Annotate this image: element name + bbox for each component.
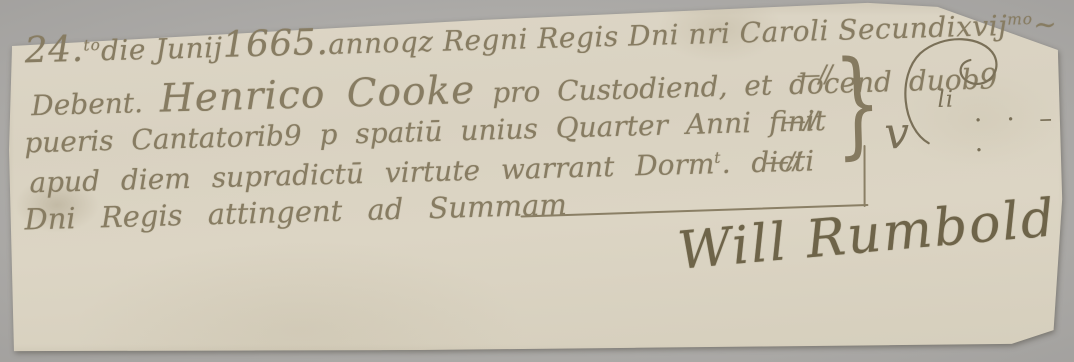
line-filler-mark: —//: [765, 147, 800, 176]
amount-group: v li · · – ·: [880, 32, 1064, 177]
sum-rule-vertical: [864, 145, 866, 207]
debent-word: Debent.: [31, 86, 144, 122]
amount-pence-marks: · · – ·: [974, 103, 1064, 165]
signature: Will Rumbold: [675, 188, 1058, 281]
right-brace-mark: }: [833, 35, 883, 171]
handwriting-layer: 24.to die Junij 1665. annoqz Regni Regis…: [0, 0, 1074, 362]
day-numeral: 24.: [24, 29, 84, 72]
day-ordinal-suffix: to: [83, 36, 101, 54]
day-number: 24.to: [24, 28, 101, 71]
scan-background: 24.to die Junij 1665. annoqz Regni Regis…: [0, 0, 1074, 362]
line-filler-mark: —//: [781, 106, 816, 135]
year: 1665.: [222, 22, 329, 66]
payee-name: Henrico Cooke: [159, 68, 476, 122]
amount-unit: li: [937, 86, 954, 112]
regnal-suffix: mo: [1007, 10, 1033, 29]
date-text: die Junij: [101, 31, 224, 67]
amount-numeral: v: [884, 108, 910, 160]
line-filler-mark: —//: [796, 60, 831, 89]
